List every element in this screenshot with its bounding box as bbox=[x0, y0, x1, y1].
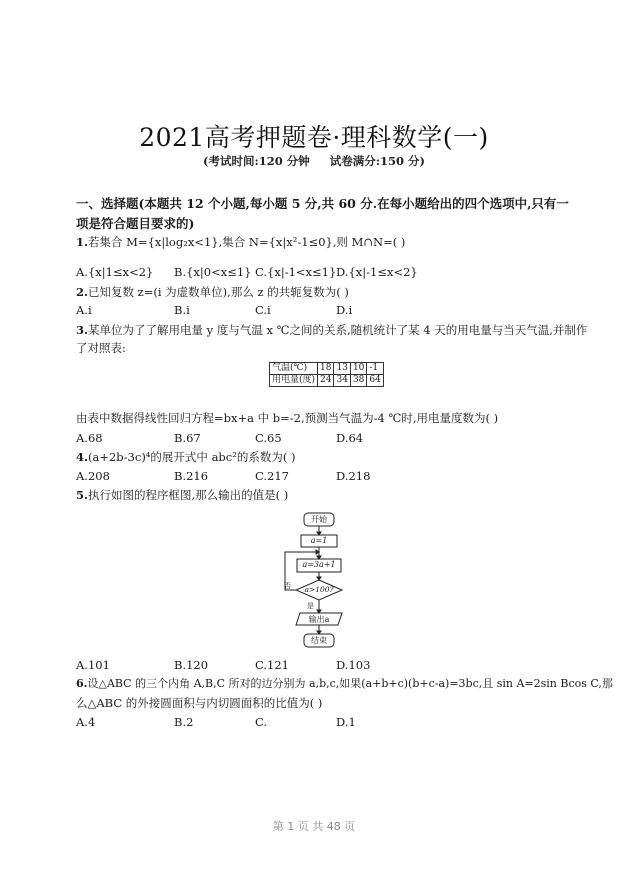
question-number: 2. bbox=[76, 285, 88, 299]
table-cell: 13 bbox=[334, 363, 350, 375]
question-3-line3: 由表中数据得线性回归方程=bx+a 中 b=-2,预测当气温为-4 ℃时,用电量… bbox=[76, 410, 498, 426]
question-number: 4. bbox=[76, 450, 88, 464]
option-b: B.2 bbox=[174, 714, 193, 730]
option-d: D.103 bbox=[336, 657, 370, 673]
option-c: C.{x|-1<x≤1} bbox=[255, 264, 336, 280]
question-number: 1. bbox=[76, 235, 88, 249]
flow-step-node: a=3a+1 bbox=[297, 560, 341, 569]
option-b: B.120 bbox=[174, 657, 208, 673]
option-c: C. bbox=[255, 714, 267, 730]
table-cell: 10 bbox=[350, 363, 366, 375]
program-flowchart: 开始 a=1 a=3a+1 a>100? 否 是 输出a 结束 bbox=[270, 505, 380, 655]
option-c: C.i bbox=[255, 302, 271, 318]
question-2: 2.已知复数 z=(i 为虚数单位),那么 z 的共轭复数为( ) bbox=[76, 284, 349, 300]
question-number: 6. bbox=[76, 677, 87, 690]
table-cell: 34 bbox=[334, 375, 350, 387]
flow-output-node: 输出a bbox=[298, 614, 340, 625]
question-text: (a+2b-3c)⁴的展开式中 abc²的系数为( ) bbox=[88, 450, 295, 464]
option-c: C.121 bbox=[255, 657, 289, 673]
question-number: 3. bbox=[76, 323, 88, 337]
option-c: C.217 bbox=[255, 468, 289, 484]
table-cell: -1 bbox=[367, 363, 383, 375]
question-3-line1: 3.某单位为了了解用电量 y 度与气温 x ℃之间的关系,随机统计了某 4 天的… bbox=[76, 322, 587, 338]
exam-title: 2021高考押题卷·理科数学(一) bbox=[0, 118, 628, 154]
question-text: 若集合 M={x|log₂x<1},集合 N={x|x²-1≤0},则 M∩N=… bbox=[88, 235, 405, 249]
option-a: A.101 bbox=[76, 657, 110, 673]
option-a: A.68 bbox=[76, 430, 103, 446]
question-1: 1.若集合 M={x|log₂x<1},集合 N={x|x²-1≤0},则 M∩… bbox=[76, 234, 405, 250]
page-footer: 第 1 页 共 48 页 bbox=[0, 818, 628, 834]
flow-condition-node: a>100? bbox=[296, 585, 342, 594]
question-text: 设△ABC 的三个内角 A,B,C 所对的边分别为 a,b,c,如果(a+b+c… bbox=[87, 677, 612, 690]
flow-yes-label: 是 bbox=[307, 601, 314, 611]
exam-subtitle: (考试时间:120 分钟 试卷满分:150 分) bbox=[0, 153, 628, 169]
option-d: D.64 bbox=[336, 430, 363, 446]
question-5: 5.执行如图的程序框图,那么输出的值是( ) bbox=[76, 487, 288, 503]
flow-init-node: a=1 bbox=[301, 536, 337, 545]
question-text: 某单位为了了解用电量 y 度与气温 x ℃之间的关系,随机统计了某 4 天的用电… bbox=[88, 323, 587, 337]
table-cell: 24 bbox=[318, 375, 334, 387]
option-d: D.218 bbox=[336, 468, 370, 484]
option-a: A.{x|1≤x<2} bbox=[76, 264, 153, 280]
option-d: D.{x|-1≤x<2} bbox=[336, 264, 418, 280]
option-d: D.1 bbox=[336, 714, 356, 730]
section-heading-line2: 项是符合题目要求的) bbox=[76, 216, 194, 232]
flow-no-label: 否 bbox=[284, 581, 291, 591]
flow-end-node: 结束 bbox=[304, 635, 334, 646]
table-cell: 64 bbox=[367, 375, 383, 387]
question-3-line2: 了对照表: bbox=[76, 340, 126, 356]
flow-start-node: 开始 bbox=[304, 514, 334, 525]
option-a: A.4 bbox=[76, 714, 95, 730]
option-b: B.67 bbox=[174, 430, 201, 446]
option-c: C.65 bbox=[255, 430, 282, 446]
section-heading-line1: 一、选择题(本题共 12 个小题,每小题 5 分,共 60 分.在每小题给出的四… bbox=[76, 196, 569, 212]
question-6-line2: 么△ABC 的外接圆面积与内切圆面积的比值为( ) bbox=[76, 695, 322, 711]
question-4: 4.(a+2b-3c)⁴的展开式中 abc²的系数为( ) bbox=[76, 449, 295, 465]
flowchart-graphic bbox=[270, 505, 380, 655]
full-score: 试卷满分:150 分) bbox=[330, 154, 425, 168]
question-text: 已知复数 z=(i 为虚数单位),那么 z 的共轭复数为( ) bbox=[88, 285, 349, 299]
temperature-usage-table: 气温(℃) 18 13 10 -1 用电量(度) 24 34 38 64 bbox=[269, 362, 384, 387]
question-number: 5. bbox=[76, 488, 88, 502]
option-b: B.216 bbox=[174, 468, 208, 484]
option-d: D.i bbox=[336, 302, 352, 318]
exam-page: 2021高考押题卷·理科数学(一) (考试时间:120 分钟 试卷满分:150 … bbox=[0, 0, 628, 885]
row-label: 气温(℃) bbox=[270, 363, 318, 375]
exam-time: (考试时间:120 分钟 bbox=[203, 154, 310, 168]
option-a: A.i bbox=[76, 302, 92, 318]
question-6-line1: 6.设△ABC 的三个内角 A,B,C 所对的边分别为 a,b,c,如果(a+b… bbox=[76, 676, 613, 692]
option-a: A.208 bbox=[76, 468, 110, 484]
question-text: 执行如图的程序框图,那么输出的值是( ) bbox=[88, 488, 288, 502]
table-cell: 38 bbox=[350, 375, 366, 387]
option-b: B.{x|0<x≤1} bbox=[174, 264, 252, 280]
table-row: 气温(℃) 18 13 10 -1 bbox=[270, 363, 384, 375]
option-b: B.i bbox=[174, 302, 190, 318]
table-cell: 18 bbox=[318, 363, 334, 375]
table-row: 用电量(度) 24 34 38 64 bbox=[270, 375, 384, 387]
row-label: 用电量(度) bbox=[270, 375, 318, 387]
